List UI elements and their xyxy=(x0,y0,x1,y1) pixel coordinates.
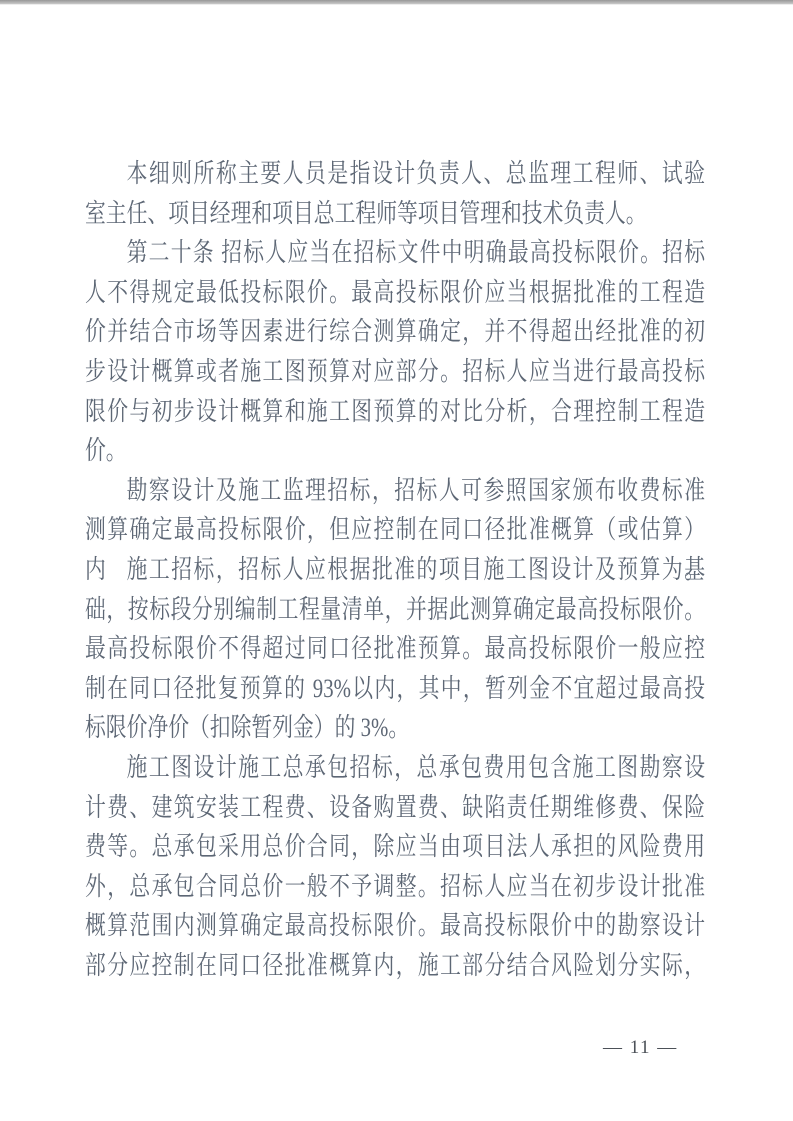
text-line: 测算确定最高投标限价，但应控制在同口径批准概算（或估算）内。 xyxy=(85,510,705,550)
text-line: 第二十条 招标人应当在招标文件中明确最高投标限价。招标 xyxy=(85,233,705,273)
text-line: 计费、建筑安装工程费、设备购置费、缺陷责任期维修费、保险 xyxy=(85,788,705,828)
text-line: 概算范围内测算确定最高投标限价。最高投标限价中的勘察设计 xyxy=(85,906,705,946)
text-line: 人不得规定最低投标限价。最高投标限价应当根据批准的工程造 xyxy=(85,273,705,313)
text-line: 本细则所称主要人员是指设计负责人、总监理工程师、试验 xyxy=(85,154,705,194)
scan-edge-artifact xyxy=(0,0,793,5)
text-line: 标限价净价（扣除暂列金）的 3%。 xyxy=(85,708,705,748)
text-line: 价并结合市场等因素进行综合测算确定，并不得超出经批准的初 xyxy=(85,312,705,352)
text-line: 础，按标段分别编制工程量清单，并据此测算确定最高投标限价。 xyxy=(85,590,705,630)
document-page: 本细则所称主要人员是指设计负责人、总监理工程师、试验室主任、项目经理和项目总工程… xyxy=(0,0,793,1121)
page-number: — 11 — xyxy=(603,1037,678,1059)
text-line: 外，总承包合同总价一般不予调整。招标人应当在初步设计批准 xyxy=(85,867,705,907)
text-line: 施工招标，招标人应根据批准的项目施工图设计及预算为基 xyxy=(85,550,705,590)
text-line: 施工图设计施工总承包招标，总承包费用包含施工图勘察设 xyxy=(85,748,705,788)
text-line: 最高投标限价不得超过同口径批准预算。最高投标限价一般应控 xyxy=(85,629,705,669)
text-line: 部分应控制在同口径批准概算内，施工部分结合风险划分实际， xyxy=(85,946,705,986)
text-line: 勘察设计及施工监理招标，招标人可参照国家颁布收费标准 xyxy=(85,471,705,511)
text-line: 制在同口径批复预算的 93%以内，其中，暂列金不宜超过最高投 xyxy=(85,669,705,709)
text-line: 步设计概算或者施工图预算对应部分。招标人应当进行最高投标 xyxy=(85,352,705,392)
text-line: 费等。总承包采用总价合同，除应当由项目法人承担的风险费用 xyxy=(85,827,705,867)
text-line: 室主任、项目经理和项目总工程师等项目管理和技术负责人。 xyxy=(85,194,705,234)
text-line: 限价与初步设计概算和施工图预算的对比分析，合理控制工程造 xyxy=(85,392,705,432)
document-body: 本细则所称主要人员是指设计负责人、总监理工程师、试验室主任、项目经理和项目总工程… xyxy=(85,154,793,985)
text-line: 价。 xyxy=(85,431,705,471)
